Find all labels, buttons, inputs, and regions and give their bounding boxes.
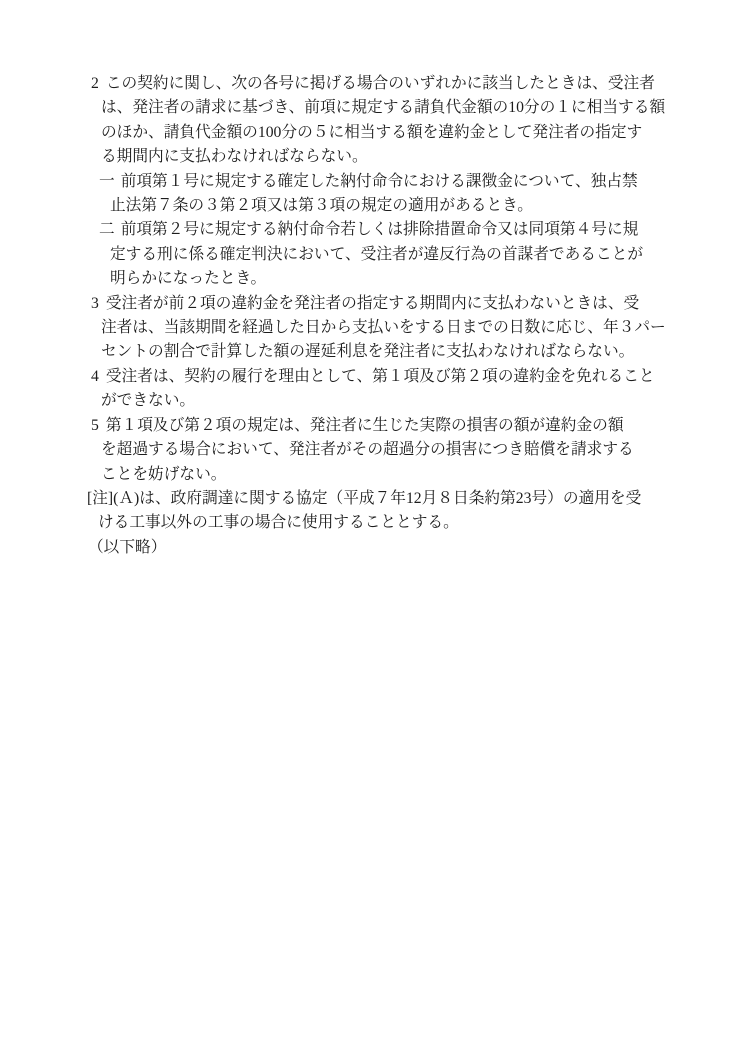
text-line: ができない。: [101, 389, 748, 413]
text-line: 5第１項及び第２項の規定は、発注者に生じた実際の損害の額が違約金の額: [101, 414, 748, 438]
clause-3: 3受注者が前２項の違約金を発注者の指定する期間内に支払わないときは、受 注者は、…: [101, 292, 748, 365]
text-line: セントの割合で計算した額の遅延利息を発注者に支払わなければならない。: [101, 340, 748, 364]
document-page: 2この契約に関し、次の各号に掲げる場合のいずれかに該当したときは、受注者 は、発…: [0, 0, 748, 1046]
text-line: のほか、請負代金額の100分の５に相当する額を違約金として発注者の指定す: [101, 121, 748, 145]
contract-clauses: 2この契約に関し、次の各号に掲げる場合のいずれかに該当したときは、受注者 は、発…: [0, 72, 748, 560]
text-line: 2この契約に関し、次の各号に掲げる場合のいずれかに該当したときは、受注者: [101, 72, 748, 96]
text-line: 定する刑に係る確定判決において、受注者が違反行為の首謀者であることが: [110, 243, 748, 267]
item-text: 前項第１号に規定する確定した納付命令における課徴金について、独占禁: [121, 173, 638, 190]
text-line: を超過する場合において、発注者がその超過分の損害につき賠償を請求する: [101, 438, 748, 462]
text-line: 二前項第２号に規定する納付命令若しくは排除措置命令又は同項第４号に規: [110, 218, 748, 242]
clause-text: 受注者が前２項の違約金を発注者の指定する期間内に支払わないときは、受: [106, 295, 639, 312]
item-text: 前項第２号に規定する納付命令若しくは排除措置命令又は同項第４号に規: [121, 221, 639, 238]
clause-text: 受注者は、契約の履行を理由として、第１項及び第２項の違約金を免れること: [106, 368, 655, 385]
text-line: 3受注者が前２項の違約金を発注者の指定する期間内に支払わないときは、受: [101, 292, 748, 316]
clause-number: 2: [91, 75, 99, 92]
text-line: [注](Ａ)は、政府調達に関する協定（平成７年12月８日条約第23号）の適用を受: [98, 487, 748, 511]
text-line: ける工事以外の工事の場合に使用することとする。: [98, 511, 748, 535]
text-line: 4受注者は、契約の履行を理由として、第１項及び第２項の違約金を免れること: [101, 365, 748, 389]
note-text: (Ａ)は、政府調達に関する協定（平成７年12月８日条約第23号）の適用を受: [113, 490, 641, 507]
note-marker: [注]: [87, 490, 113, 507]
text-line: 一前項第１号に規定する確定した納付命令における課徴金について、独占禁: [110, 170, 748, 194]
clause-number: 3: [91, 295, 99, 312]
text-line: る期間内に支払わなければならない。: [101, 145, 748, 169]
text-line: は、発注者の請求に基づき、前項に規定する請負代金額の10分の１に相当する額: [101, 96, 748, 120]
clause-number: 5: [91, 417, 99, 434]
clause-text: この契約に関し、次の各号に掲げる場合のいずれかに該当したときは、受注者: [106, 75, 655, 92]
clause-text: 第１項及び第２項の規定は、発注者に生じた実際の損害の額が違約金の額: [106, 417, 624, 434]
text-line: 明らかになったとき。: [110, 267, 748, 291]
ellipsis-note: （以下略）: [88, 536, 748, 560]
clause-number: 4: [91, 368, 99, 385]
item-marker: 一: [99, 173, 115, 190]
text-line: （以下略）: [88, 536, 748, 560]
clause-4: 4受注者は、契約の履行を理由として、第１項及び第２項の違約金を免れること ができ…: [101, 365, 748, 414]
clause-5: 5第１項及び第２項の規定は、発注者に生じた実際の損害の額が違約金の額 を超過する…: [101, 414, 748, 487]
clause-2-item-2: 二前項第２号に規定する納付命令若しくは排除措置命令又は同項第４号に規 定する刑に…: [110, 218, 748, 291]
clause-2: 2この契約に関し、次の各号に掲げる場合のいずれかに該当したときは、受注者 は、発…: [101, 72, 748, 170]
note-annotation: [注](Ａ)は、政府調達に関する協定（平成７年12月８日条約第23号）の適用を受…: [98, 487, 748, 536]
text-line: 注者は、当該期間を経過した日から支払いをする日までの日数に応じ、年３パー: [101, 316, 748, 340]
clause-2-item-1: 一前項第１号に規定する確定した納付命令における課徴金について、独占禁 止法第７条…: [110, 170, 748, 219]
item-marker: 二: [99, 221, 115, 238]
text-line: 止法第７条の３第２項又は第３項の規定の適用があるとき。: [110, 194, 748, 218]
text-line: ことを妨げない。: [101, 463, 748, 487]
